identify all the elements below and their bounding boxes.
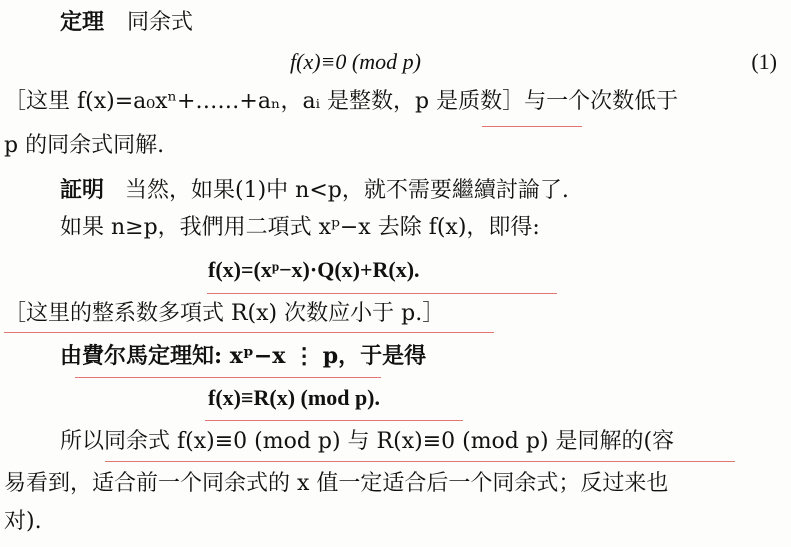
theorem-line-2: p 的同余式同解. bbox=[4, 132, 164, 160]
proof-equation-1: f(x)=(xᵖ−x)·Q(x)+R(x). bbox=[208, 256, 420, 284]
underline bbox=[105, 461, 735, 462]
theorem-heading: 定理 同余式 bbox=[60, 8, 193, 37]
proof-line-2: 如果 n≥p，我們用二項式 xᵖ−x 去除 f(x)，即得: bbox=[60, 214, 540, 242]
theorem-label: 定理 bbox=[60, 9, 104, 35]
underline bbox=[207, 293, 557, 294]
proof-line-4: 由費尔馬定理知: xᵖ−x ⋮ p，于是得 bbox=[60, 342, 426, 370]
proof-line-1: 証明 当然，如果(1)中 n<p，就不需要繼續討論了. bbox=[60, 176, 569, 205]
proof-line-5: 所以同余式 f(x)≡0 (mod p) 与 R(x)≡0 (mod p) 是同… bbox=[60, 428, 674, 456]
theorem-title: 同余式 bbox=[127, 10, 193, 35]
theorem-line-1: ［这里 f(x)=a₀xⁿ+……+aₙ，aᵢ 是整数，p 是质数］与一个次数低于 bbox=[4, 88, 678, 116]
underline bbox=[4, 332, 494, 333]
proof-equation-2: f(x)≡R(x) (mod p). bbox=[208, 384, 380, 412]
proof-text-1: 当然，如果(1)中 n<p，就不需要繼續討論了. bbox=[125, 178, 569, 203]
proof-line-3: ［这里的整系数多項式 R(x) 次数应小于 p.］ bbox=[4, 300, 444, 328]
underline bbox=[482, 126, 582, 127]
theorem-equation: f(x)≡0 (mod p) bbox=[290, 48, 421, 76]
proof-line-7: 对). bbox=[4, 508, 42, 536]
equation-number: (1) bbox=[751, 48, 777, 76]
underline bbox=[75, 377, 381, 378]
underline bbox=[205, 420, 463, 421]
proof-line-6: 易看到，适合前一个同余式的 x 值一定适合后一个同余式；反过来也 bbox=[4, 470, 668, 498]
proof-label: 証明 bbox=[60, 177, 104, 203]
